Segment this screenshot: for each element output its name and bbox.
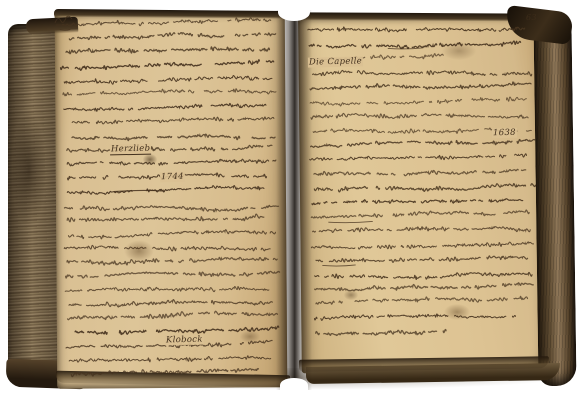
handwriting-underline — [322, 265, 355, 266]
handwriting-left-page — [57, 14, 286, 384]
handwriting-line — [69, 31, 275, 41]
handwriting-line — [313, 225, 531, 235]
handwriting-line — [67, 184, 275, 195]
handwriting-line — [67, 310, 277, 320]
handwriting-line — [314, 168, 530, 177]
ink-stain — [143, 154, 157, 165]
handwriting-line — [67, 158, 276, 167]
fragment-year-1638: 1638 — [492, 128, 517, 139]
handwriting-line — [65, 285, 275, 295]
handwriting-line — [66, 45, 269, 55]
handwriting-line — [311, 210, 533, 219]
handwriting-line — [310, 81, 531, 91]
handwriting-line — [316, 330, 446, 337]
handwriting-line — [69, 355, 271, 363]
handwriting-line — [68, 229, 275, 240]
gutter-bottom-notch — [280, 378, 308, 392]
left-page-corner-mark — [53, 13, 75, 27]
handwriting-line — [308, 24, 525, 34]
handwriting-line — [311, 111, 528, 122]
handwriting-line — [71, 368, 258, 377]
handwriting-underline — [328, 221, 372, 222]
manuscript-book-photo: Herzlieb 1744 Klobock Die Capelle 1638 6… — [0, 0, 580, 397]
handwriting-line — [62, 17, 271, 27]
handwriting-line — [72, 116, 274, 124]
fragment-die-capelle: Die Capelle — [308, 56, 363, 67]
handwriting-line — [311, 139, 535, 148]
handwriting-line — [67, 256, 277, 266]
handwriting-line — [64, 103, 272, 112]
handwriting-line — [315, 271, 532, 281]
handwriting-right-page — [304, 22, 541, 346]
handwriting-line — [316, 255, 528, 263]
handwriting-underline — [60, 29, 71, 30]
fragment-name-klobock: Klobock — [165, 335, 204, 346]
gutter-top-notch — [278, 4, 310, 21]
handwriting-line — [64, 242, 270, 255]
handwriting-line — [312, 197, 527, 205]
handwriting-line — [314, 183, 535, 193]
handwriting-line — [67, 144, 272, 153]
fragment-name-herzlieb: Herzlieb — [110, 144, 152, 156]
handwriting-line — [63, 87, 276, 98]
handwriting-line — [66, 269, 280, 279]
handwriting-line — [313, 67, 532, 79]
page-block-fore-edge — [8, 24, 62, 386]
handwriting-line — [67, 214, 274, 224]
handwriting-line — [310, 154, 531, 162]
handwriting-line — [64, 75, 272, 85]
ink-stain — [444, 304, 470, 320]
handwriting-line — [310, 97, 526, 107]
ink-stain — [442, 42, 476, 60]
right-page-number: 63 — [525, 13, 538, 22]
handwriting-underline — [388, 48, 424, 49]
page-edge-top-right — [300, 12, 542, 21]
ink-stain — [124, 240, 154, 262]
handwriting-line — [314, 312, 522, 320]
handwriting-line — [311, 242, 533, 250]
fragment-year-1744: 1744 — [160, 172, 185, 183]
ink-stain — [344, 290, 358, 300]
handwriting-line — [64, 202, 278, 214]
handwriting-line — [69, 298, 272, 309]
handwriting-line — [72, 133, 275, 143]
ink-stain — [240, 330, 260, 343]
handwriting-line — [60, 60, 273, 71]
fore-edge-dark-blotch — [12, 110, 46, 230]
